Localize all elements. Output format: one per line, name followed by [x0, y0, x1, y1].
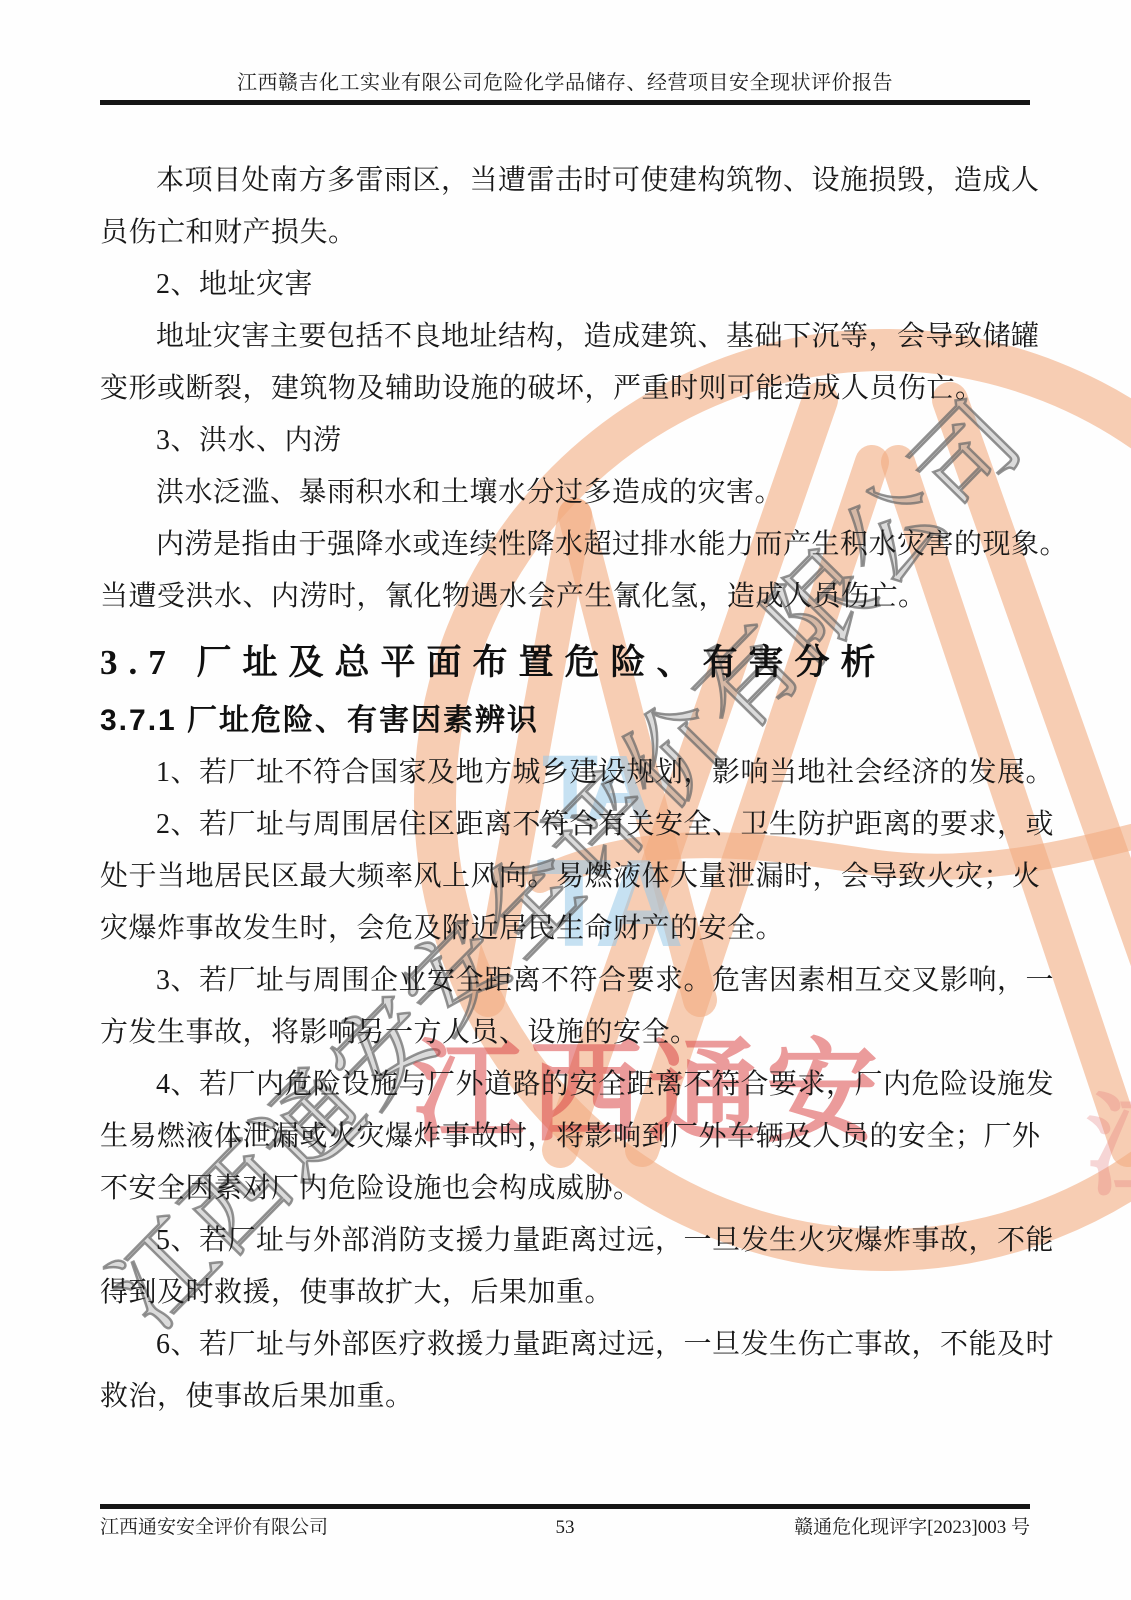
text-line: 3、洪水、内涝: [100, 415, 1035, 467]
text-line: 生易燃液体泄漏或火灾爆炸事故时，将影响到厂外车辆及人员的安全；厂外: [100, 1111, 1035, 1163]
text-line: 不安全因素对厂内危险设施也会构成威胁。: [100, 1163, 1035, 1215]
subsection-heading: 3.7.1 厂址危险、有害因素辨识: [100, 695, 1035, 747]
text-line: 1、若厂址不符合国家及地方城乡建设规划，影响当地社会经济的发展。: [100, 747, 1035, 799]
text-line: 洪水泛滥、暴雨积水和土壤水分过多造成的灾害。: [100, 467, 1035, 519]
document-page: TA TA 江西通安安全评价有限公司 江西通安 江 江西赣吉化工实业有限公司危险…: [0, 0, 1131, 1600]
text-line: 本项目处南方多雷雨区，当遭雷击时可使建构筑物、设施损毁，造成人: [100, 155, 1035, 207]
footer-doc-number: 赣通危化现评字[2023]003 号: [720, 1512, 1030, 1539]
red-stamp-watermark-partial: 江: [1086, 1092, 1131, 1204]
text-line: 2、若厂址与周围居住区距离不符合有关安全、卫生防护距离的要求，或: [100, 799, 1035, 851]
text-line: 当遭受洪水、内涝时，氰化物遇水会产生氰化氢，造成人员伤亡。: [100, 571, 1035, 623]
footer-company: 江西通安安全评价有限公司: [100, 1512, 410, 1539]
body-text-block: 本项目处南方多雷雨区，当遭雷击时可使建构筑物、设施损毁，造成人员伤亡和财产损失。…: [100, 155, 1035, 1423]
text-line: 5、若厂址与外部消防支援力量距离过远，一旦发生火灾爆炸事故，不能: [100, 1215, 1035, 1267]
text-line: 内涝是指由于强降水或连续性降水超过排水能力而产生积水灾害的现象。: [100, 519, 1035, 571]
report-header-title: 江西赣吉化工实业有限公司危险化学品储存、经营项目安全现状评价报告: [100, 66, 1030, 95]
footer-rule: [100, 1504, 1030, 1509]
section-heading: 3.7 厂址及总平面布置危险、有害分析: [100, 631, 1035, 695]
text-line: 3、若厂址与周围企业安全距离不符合要求。危害因素相互交叉影响，一: [100, 955, 1035, 1007]
text-line: 救治，使事故后果加重。: [100, 1371, 1035, 1423]
header-rule: [100, 100, 1030, 105]
text-line: 方发生事故，将影响另一方人员、设施的安全。: [100, 1007, 1035, 1059]
text-line: 得到及时救援，使事故扩大，后果加重。: [100, 1267, 1035, 1319]
page-number: 53: [410, 1517, 720, 1539]
text-line: 2、地址灾害: [100, 259, 1035, 311]
text-line: 4、若厂内危险设施与厂外道路的安全距离不符合要求，厂内危险设施发: [100, 1059, 1035, 1111]
text-line: 变形或断裂，建筑物及辅助设施的破坏，严重时则可能造成人员伤亡。: [100, 363, 1035, 415]
text-line: 处于当地居民区最大频率风上风向。易燃液体大量泄漏时，会导致火灾；火: [100, 851, 1035, 903]
page-footer: 江西通安安全评价有限公司 53 赣通危化现评字[2023]003 号: [100, 1512, 1030, 1539]
text-line: 灾爆炸事故发生时，会危及附近居民生命财产的安全。: [100, 903, 1035, 955]
text-line: 员伤亡和财产损失。: [100, 207, 1035, 259]
text-line: 地址灾害主要包括不良地址结构，造成建筑、基础下沉等，会导致储罐: [100, 311, 1035, 363]
text-line: 6、若厂址与外部医疗救援力量距离过远，一旦发生伤亡事故，不能及时: [100, 1319, 1035, 1371]
